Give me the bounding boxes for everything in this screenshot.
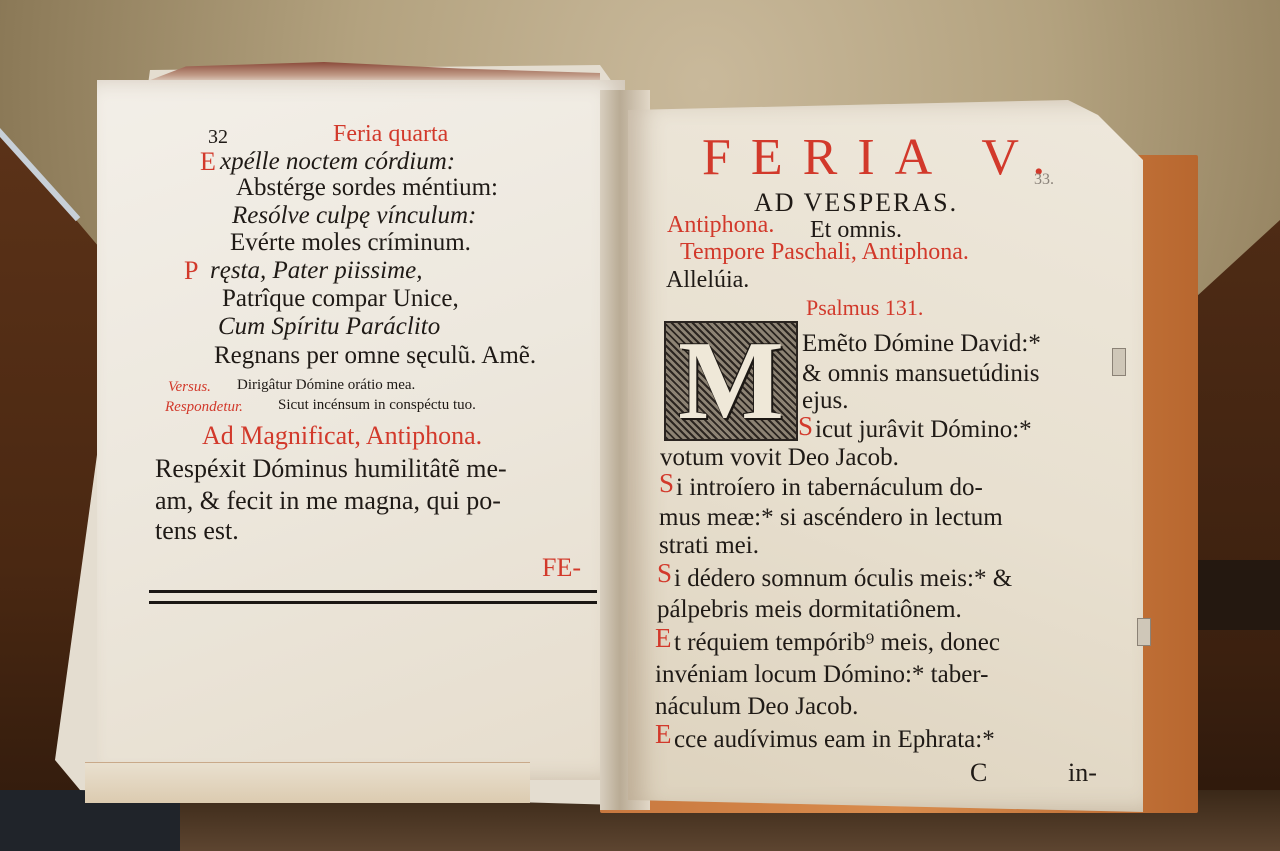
psalm-line: i dédero somnum óculis meis:* & xyxy=(674,566,1012,591)
hymn-initial-p: P xyxy=(184,258,198,284)
paschal-antiphon-label: Tempore Paschali, Antiphona. xyxy=(680,240,969,264)
psalm-line: t réquiem tempórib⁹ meis, donec xyxy=(674,630,1000,655)
antiphon-line: tens est. xyxy=(155,518,239,544)
left-page-number: 32 xyxy=(208,127,228,147)
psalm-initial: S xyxy=(659,470,674,497)
double-rule-top xyxy=(149,590,597,593)
hymn-initial-e: E xyxy=(200,149,216,175)
antiphon-line: Respéxit Dóminus humilitâtẽ me- xyxy=(155,456,507,482)
psalm-initial: E xyxy=(655,721,672,748)
decorated-initial-letter: M xyxy=(666,323,796,439)
psalm-line: Emẽto Dómine David:* xyxy=(802,331,1041,356)
versicle-text: Dirigâtur Dómine orátio mea. xyxy=(237,378,415,393)
psalm-line: pálpebris meis dormitatiônem. xyxy=(657,597,962,622)
hymn-line: Abstérge sordes méntium: xyxy=(236,175,498,200)
signature-mark: C xyxy=(970,760,987,786)
hymn-line: Regnans per omne sęculũ. Amẽ. xyxy=(214,343,536,368)
left-catchword: FE- xyxy=(542,555,581,581)
page-tab xyxy=(1137,618,1151,646)
left-running-head: Feria quarta xyxy=(333,122,448,146)
right-catchword: in- xyxy=(1068,760,1097,786)
psalm-line: strati mei. xyxy=(659,533,759,558)
right-page-subtitle: AD VESPERAS. xyxy=(754,190,958,216)
hymn-line: Cum Spíritu Paráclito xyxy=(218,314,440,339)
psalm-line: cce audívimus eam in Ephrata:* xyxy=(674,727,995,752)
antiphon-heading: Ad Magnificat, Antiphona. xyxy=(202,423,482,449)
double-rule-bottom xyxy=(149,601,597,604)
antiphon-line: am, & fecit in me magna, qui po- xyxy=(155,488,501,514)
psalm-line: icut jurâvit Dómino:* xyxy=(815,417,1032,442)
psalm-line: votum vovit Deo Jacob. xyxy=(660,445,899,470)
hymn-line: Patrîque compar Unice, xyxy=(222,286,459,311)
hymn-line: ręsta, Pater piissime, xyxy=(210,258,423,283)
response-label: Respondetur. xyxy=(165,400,243,415)
page-tab xyxy=(1112,348,1126,376)
psalm-line: i introíero in tabernáculum do- xyxy=(676,475,983,500)
antiphon-label: Antiphona. xyxy=(667,213,774,237)
psalm-initial: E xyxy=(655,625,672,652)
versicle-label: Versus. xyxy=(168,380,211,395)
psalm-initial: S xyxy=(657,560,672,587)
hymn-line: Resólve culpę vínculum: xyxy=(232,203,476,228)
psalm-line: invéniam locum Dómino:* taber- xyxy=(655,662,988,687)
psalm-line: ejus. xyxy=(802,388,849,413)
hymn-line: Evérte moles críminum. xyxy=(230,230,471,255)
psalm-line: mus meæ:* si ascéndero in lectum xyxy=(659,505,1003,530)
alleluia-text: Allelúia. xyxy=(666,268,749,292)
psalm-heading: Psalmus 131. xyxy=(806,297,923,319)
hymn-line: xpélle noctem córdium: xyxy=(220,149,455,174)
psalm-initial: S xyxy=(798,413,813,440)
right-page-title: FERIA V. xyxy=(702,132,1065,184)
response-text: Sicut incénsum in conspéctu tuo. xyxy=(278,398,476,413)
psalm-line: náculum Deo Jacob. xyxy=(655,694,858,719)
decorated-initial: M xyxy=(664,321,798,441)
psalm-line: & omnis mansuetúdinis xyxy=(802,361,1040,386)
paper-repair-strip xyxy=(85,762,530,803)
right-page-number: 33. xyxy=(1034,172,1054,188)
